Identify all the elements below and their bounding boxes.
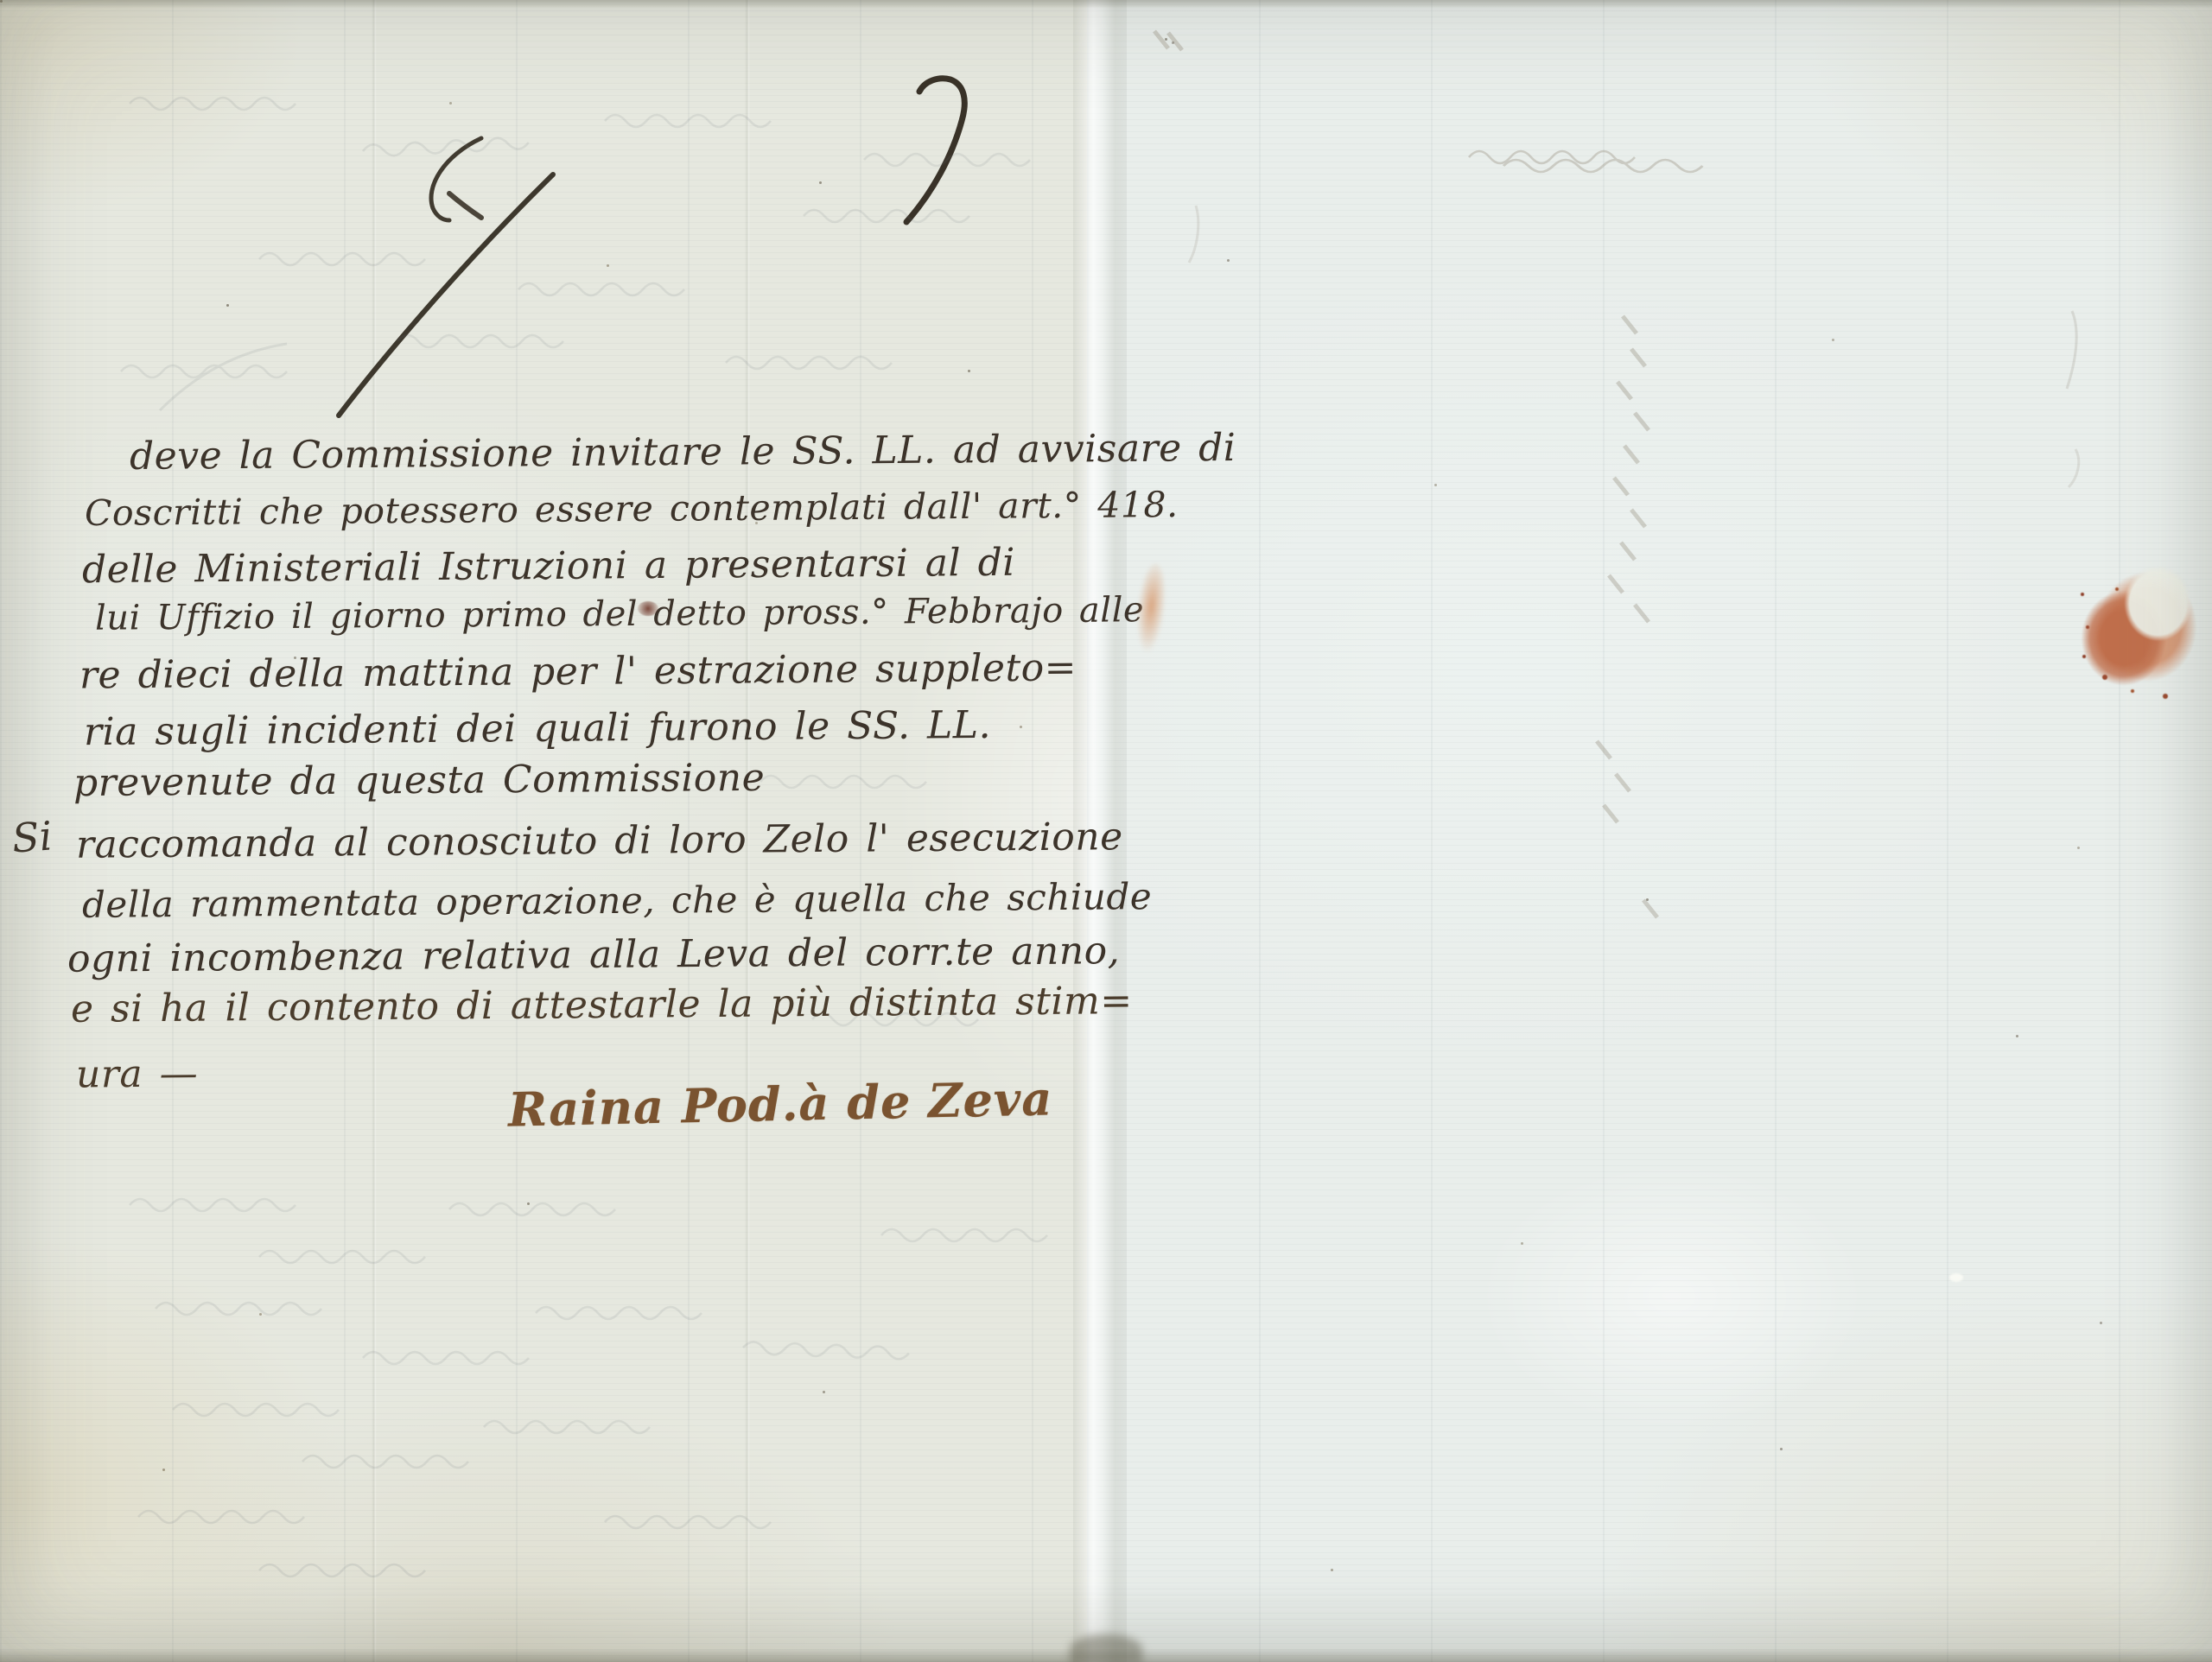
manuscript-line: raccomanda al conosciuto di loro Zelo l'… <box>76 815 1123 867</box>
manuscript-photo: deve la Commissione invitare le SS. LL. … <box>0 0 2212 1662</box>
manuscript-line: ria sugli incidenti dei quali furono le … <box>84 703 991 754</box>
pen-flourish-hook <box>449 193 481 218</box>
manuscript-line: ura — <box>76 1051 198 1096</box>
pen-flourishes <box>339 79 964 415</box>
manuscript-line: delle Ministeriali Istruzioni a presenta… <box>82 541 1015 592</box>
wax-seal-stain <box>2072 551 2209 696</box>
manuscript-line: prevenute da questa Commissione <box>73 756 766 805</box>
signature: Raina Pod.à de Zeva <box>507 1070 1052 1137</box>
ink-blotch <box>638 601 658 616</box>
manuscript-line: ogni incombenza relativa alla Leva del c… <box>67 929 1120 981</box>
manuscript-line: re dieci della mattina per l' estrazione… <box>79 645 1077 697</box>
manuscript-line: della rammentata operazione, che è quell… <box>82 875 1152 926</box>
manuscript-line: Coscritti che potessero essere contempla… <box>85 484 1179 534</box>
bleedthrough-right-page <box>1154 31 2079 917</box>
pen-flourish-diagonal <box>339 174 553 415</box>
paper-chip <box>1949 1273 1963 1282</box>
manuscript-line: lui Uffizio il giorno primo del detto pr… <box>95 590 1144 638</box>
manuscript-line: deve la Commissione invitare le SS. LL. … <box>130 426 1236 479</box>
margin-note: Si <box>10 812 54 861</box>
pen-flourish-curl <box>906 79 964 222</box>
manuscript-line: e si ha il contento di attestarle la più… <box>71 979 1133 1031</box>
paper-fold-notch <box>1070 1634 1142 1662</box>
photo-top-edge <box>0 0 2212 9</box>
